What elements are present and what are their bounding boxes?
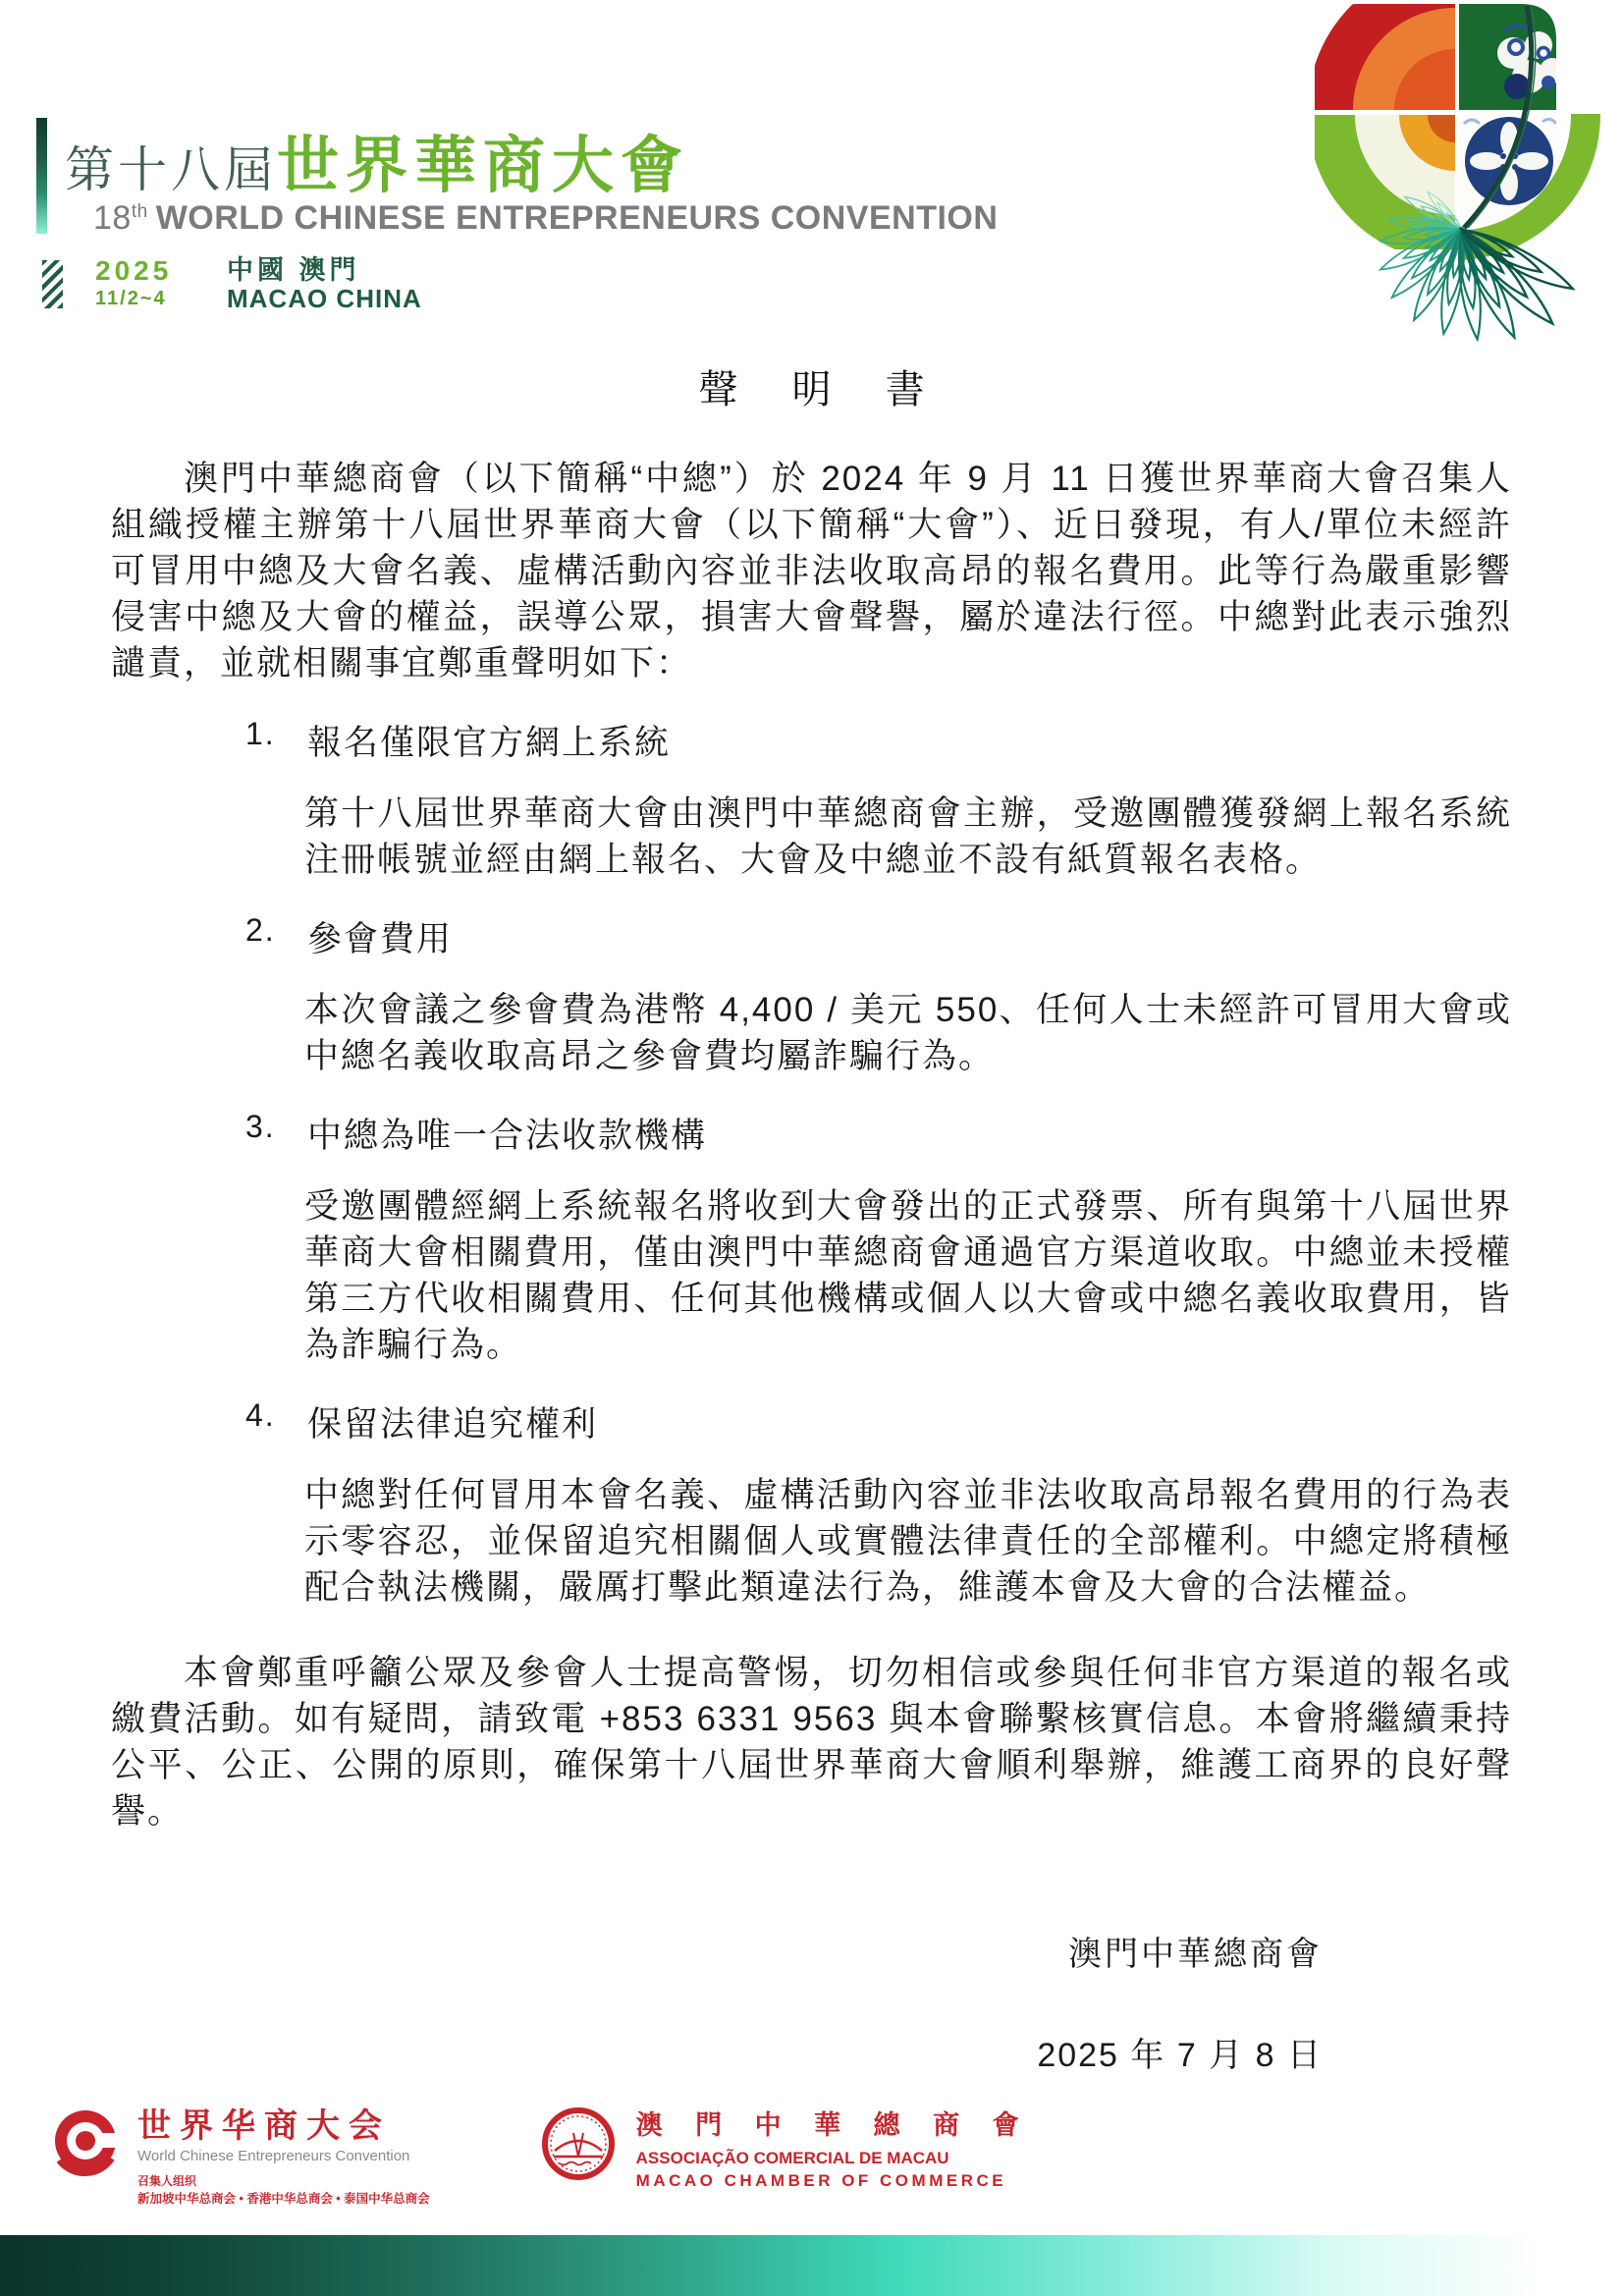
brand-edition-zh: 第十八屆	[65, 142, 277, 197]
wcec-name-zh: 世界华商大会	[137, 2107, 430, 2145]
closing-paragraph: 本會鄭重呼籲公眾及參會人士提高警惕，切勿相信或參與任何非官方渠道的報名或繳費活動…	[111, 1650, 1512, 1834]
item-text: 中總對任何冒用本會名義、虛構活動內容並非法收取高昂報名費用的行為表示零容忍，並保…	[304, 1472, 1512, 1611]
acm-name-pt: ASSOCIAÇÃO COMERCIAL DE MACAU	[636, 2148, 1032, 2168]
list-item: 2. 參會費用 本次會議之參會費為港幣 4,400 / 美元 550、任何人士未…	[111, 912, 1512, 1079]
list-item: 3. 中總為唯一合法收款機構 受邀團體經網上系統報名將收到大會發出的正式發票、所…	[111, 1109, 1512, 1368]
item-heading: 保留法律追究權利	[307, 1397, 598, 1447]
brand-name-zh: 世界華商大會	[277, 132, 689, 200]
wcec-logo-icon	[49, 2104, 122, 2186]
item-text: 本次會議之參會費為港幣 4,400 / 美元 550、任何人士未經許可冒用大會或…	[304, 987, 1512, 1079]
diagonal-stripes-icon	[42, 260, 63, 308]
intro-paragraph: 澳門中華總商會（以下簡稱“中總”）於 2024 年 9 月 11 日獲世界華商大…	[111, 456, 1512, 686]
acm-logo-block: 澳 門 中 華 總 商 會 ASSOCIAÇÃO COMERCIAL DE MA…	[540, 2104, 1032, 2191]
event-location-en: MACAO CHINA	[227, 285, 422, 313]
acm-name-zh: 澳 門 中 華 總 商 會	[636, 2109, 1032, 2141]
list-item: 1. 報名僅限官方網上系統 第十八屆世界華商大會由澳門中華總商會主辦，受邀團體獲…	[111, 716, 1512, 883]
brand-title-chinese: 第十八屆世界華商大會	[65, 116, 689, 205]
list-item: 4. 保留法律追究權利 中總對任何冒用本會名義、虛構活動內容並非法收取高昂報名費…	[111, 1397, 1512, 1611]
signature-date: 2025 年 7 月 8 日	[111, 2028, 1512, 2076]
event-year: 2025	[95, 257, 172, 285]
acm-seal-icon	[540, 2104, 617, 2184]
event-date-range: 11/2~4	[95, 287, 172, 310]
item-number: 2.	[245, 912, 307, 961]
item-heading: 報名僅限官方網上系統	[307, 716, 671, 765]
wcec-logo-block: 世界华商大会 World Chinese Entrepreneurs Conve…	[49, 2104, 430, 2207]
item-text: 受邀團體經網上系統報名將收到大會發出的正式發票、所有與第十八屆世界華商大會相關費…	[304, 1183, 1512, 1368]
item-text: 第十八屆世界華商大會由澳門中華總商會主辦，受邀團體獲發網上報名系統注冊帳號並經由…	[304, 791, 1512, 883]
item-number: 1.	[245, 716, 307, 765]
event-date-block: 2025 11/2~4	[95, 257, 172, 310]
wcec-conveners-label: 召集人组织	[137, 2174, 430, 2189]
letter-body: 聲 明 書 澳門中華總商會（以下簡稱“中總”）於 2024 年 9 月 11 日…	[111, 358, 1512, 2076]
document-title: 聲 明 書	[111, 358, 1512, 414]
footer-logos: 世界华商大会 World Chinese Entrepreneurs Conve…	[49, 2104, 1032, 2207]
event-location-zh: 中國 澳門	[227, 255, 422, 285]
signature-organization: 澳門中華總商會	[111, 1927, 1512, 1975]
convention-lotus-artwork	[1315, 4, 1609, 382]
brand-title-english: 18thWORLD CHINESE ENTREPRENEURS CONVENTI…	[93, 199, 998, 238]
brand-edition-ordinal: th	[132, 201, 148, 222]
statement-page: 第十八屆世界華商大會 18thWORLD CHINESE ENTREPRENEU…	[0, 0, 1623, 2296]
item-heading: 中總為唯一合法收款機構	[307, 1109, 707, 1158]
item-number: 3.	[245, 1109, 307, 1158]
item-heading: 參會費用	[307, 912, 453, 961]
brand-name-en: WORLD CHINESE ENTREPRENEURS CONVENTION	[156, 199, 999, 237]
wcec-name-en: World Chinese Entrepreneurs Convention	[137, 2148, 430, 2165]
wcec-conveners-list: 新加坡中华总商会 • 香港中华总商会 • 泰国中华总商会	[137, 2191, 430, 2207]
event-location-block: 中國 澳門 MACAO CHINA	[227, 255, 422, 313]
brand-gradient-bar	[36, 118, 47, 234]
footer-gradient-bar	[0, 2235, 1623, 2296]
acm-name-en: MACAO CHAMBER OF COMMERCE	[636, 2170, 1032, 2191]
item-number: 4.	[245, 1397, 307, 1447]
brand-edition-number: 18	[93, 199, 132, 237]
